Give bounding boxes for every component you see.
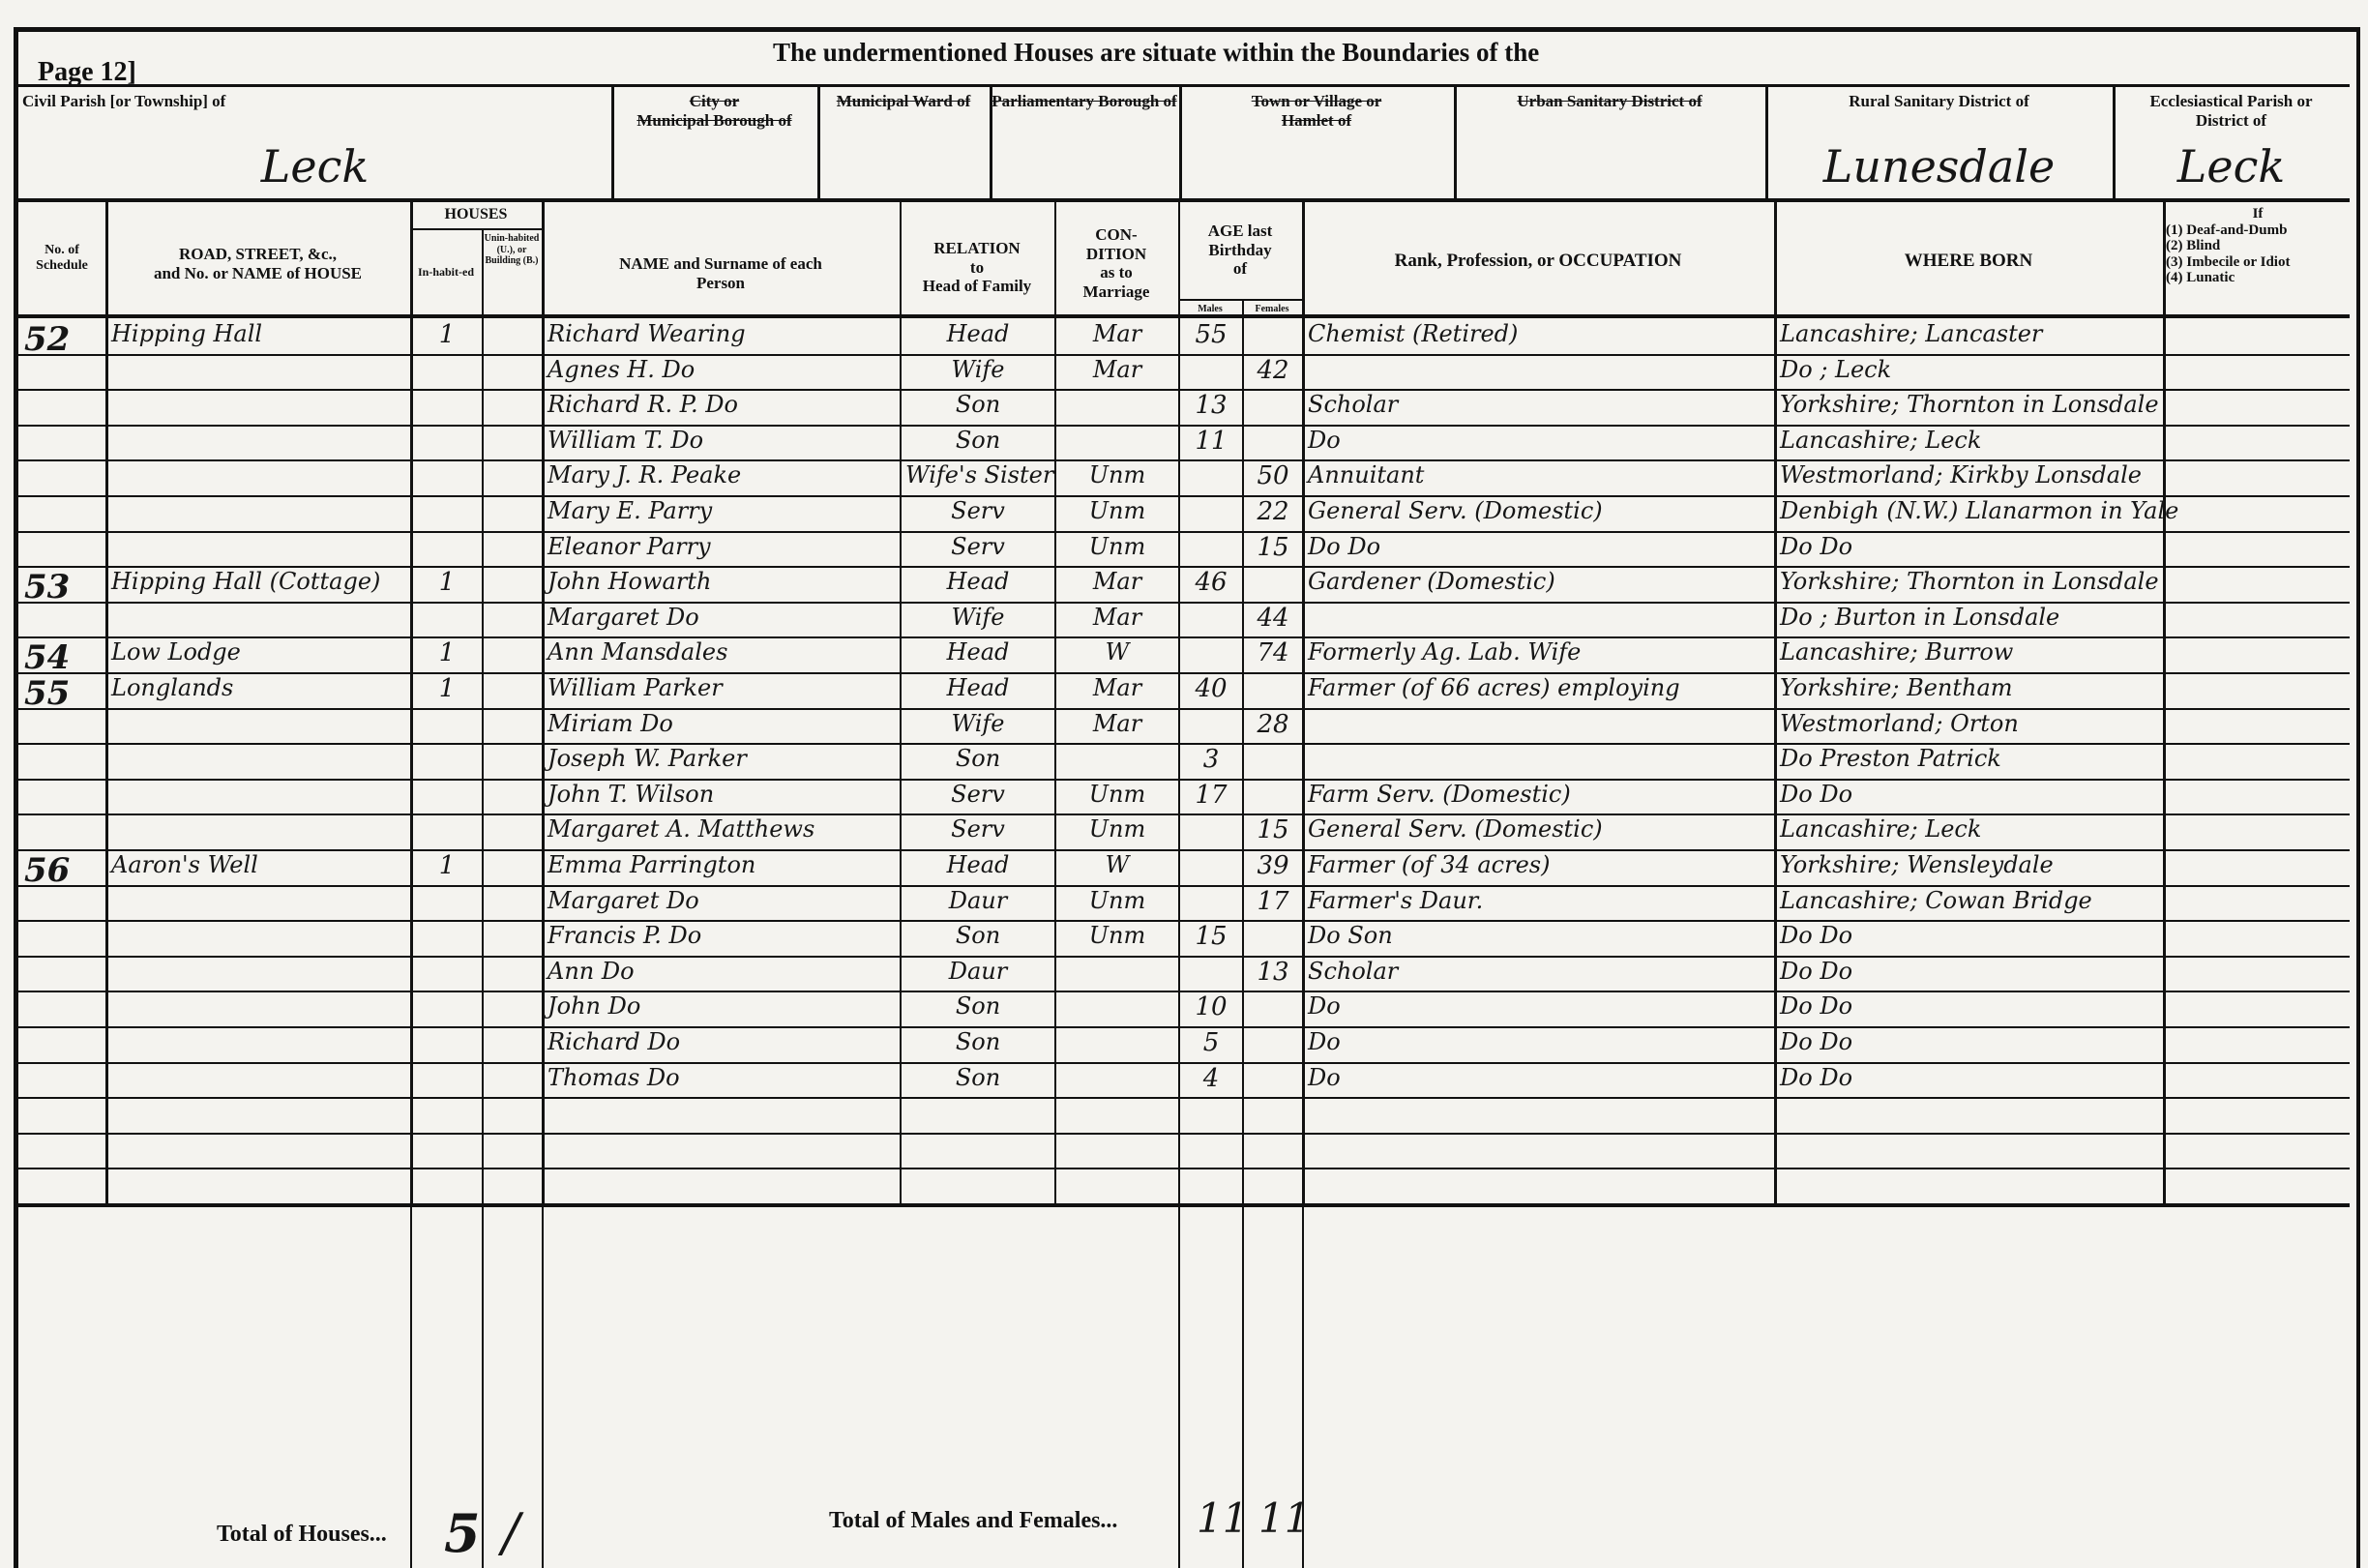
boundary-parliamentary-borough: Parliamentary Borough of bbox=[990, 86, 1179, 198]
header-infirmity-if: If bbox=[2166, 206, 2350, 222]
cell-born: Denbigh (N.W.) Llanarmon in Yale bbox=[1780, 497, 2159, 524]
cell-condition: Unm bbox=[1060, 497, 1174, 524]
boundary-label: Municipal Ward of bbox=[817, 92, 990, 111]
cell-address: Longlands bbox=[111, 674, 406, 701]
cell-relation: Son bbox=[905, 745, 1051, 772]
table-row: Miriam DoWifeMar28Westmorland; Orton bbox=[18, 708, 2350, 744]
cell-born: Do Do bbox=[1780, 958, 2159, 985]
boundary-label-text: Parliamentary Borough of bbox=[992, 92, 1176, 110]
cell-age-f: 44 bbox=[1248, 604, 1298, 633]
boundary-ecclesiastical-parish: Ecclesiastical Parish orDistrict ofLeck bbox=[2113, 86, 2350, 198]
cell-born: Lancashire; Leck bbox=[1780, 815, 2159, 843]
cell-name: Richard R. P. Do bbox=[548, 391, 896, 418]
cell-relation: Serv bbox=[905, 815, 1051, 843]
cell-name: Francis P. Do bbox=[548, 922, 896, 949]
column-divider bbox=[482, 1203, 484, 1568]
header-address: ROAD, STREET, &c.,and No. or NAME of HOU… bbox=[105, 245, 410, 282]
boundary-rural-sanitary-district: Rural Sanitary District ofLunesdale bbox=[1765, 86, 2113, 198]
cell-relation: Wife bbox=[905, 356, 1051, 383]
cell-born: Yorkshire; Bentham bbox=[1780, 674, 2159, 701]
cell-inhabited: 1 bbox=[416, 320, 478, 349]
cell-age-m: 40 bbox=[1184, 674, 1238, 703]
cell-occupation: General Serv. (Domestic) bbox=[1308, 497, 1770, 524]
table-row bbox=[18, 1168, 2350, 1203]
cell-born: Lancashire; Cowan Bridge bbox=[1780, 887, 2159, 914]
cell-occupation: Farmer (of 34 acres) bbox=[1308, 851, 1770, 878]
cell-relation: Serv bbox=[905, 497, 1051, 524]
cell-name: John Howarth bbox=[548, 568, 896, 595]
cell-condition: Mar bbox=[1060, 320, 1174, 347]
cell-condition: Mar bbox=[1060, 710, 1174, 737]
boundary-label: Urban Sanitary District of bbox=[1454, 92, 1765, 111]
cell-occupation: Gardener (Domestic) bbox=[1308, 568, 1770, 595]
cell-relation: Wife bbox=[905, 604, 1051, 631]
header-schedule-line2: Schedule bbox=[18, 258, 105, 274]
cell-occupation: Do bbox=[1308, 427, 1770, 454]
cell-born: Lancashire; Lancaster bbox=[1780, 320, 2159, 347]
boundary-label-line2: Municipal Borough of bbox=[611, 111, 817, 131]
cell-condition: Unm bbox=[1060, 533, 1174, 560]
cell-relation: Son bbox=[905, 1028, 1051, 1055]
cell-age-m: 3 bbox=[1184, 745, 1238, 774]
cell-relation: Son bbox=[905, 992, 1051, 1020]
cell-age-m: 15 bbox=[1184, 922, 1238, 951]
header-condition-line3: as to bbox=[1054, 263, 1178, 282]
cell-born: Lancashire; Burrow bbox=[1780, 638, 2159, 666]
header-name: NAME and Surname of eachPerson bbox=[542, 254, 900, 292]
total-males: 11 bbox=[1197, 1494, 1248, 1542]
cell-age-f: 15 bbox=[1248, 815, 1298, 844]
divider bbox=[18, 198, 2350, 202]
table-row: 56Aaron's Well1Emma ParringtonHeadW39Far… bbox=[18, 849, 2350, 885]
header-infirmity: If(1) Deaf-and-Dumb(2) Blind(3) Imbecile… bbox=[2166, 206, 2350, 286]
cell-relation: Head bbox=[905, 320, 1051, 347]
header-age-line1: AGE last bbox=[1178, 222, 1302, 241]
cell-occupation: General Serv. (Domestic) bbox=[1308, 815, 1770, 843]
cell-name: Joseph W. Parker bbox=[548, 745, 896, 772]
cell-relation: Daur bbox=[905, 887, 1051, 914]
boundary-label-line1: Ecclesiastical Parish or bbox=[2113, 92, 2350, 111]
cell-relation: Head bbox=[905, 638, 1051, 666]
cell-born: Do Do bbox=[1780, 992, 2159, 1020]
boundary-value: Lunesdale bbox=[1765, 140, 2113, 192]
cell-name: Mary E. Parry bbox=[548, 497, 896, 524]
cell-occupation: Do bbox=[1308, 992, 1770, 1020]
cell-condition: W bbox=[1060, 851, 1174, 878]
header-condition-line4: Marriage bbox=[1054, 282, 1178, 302]
cell-occupation: Do Son bbox=[1308, 922, 1770, 949]
boundary-label-line2: Hamlet of bbox=[1179, 111, 1454, 131]
cell-relation: Head bbox=[905, 674, 1051, 701]
table-row: Richard R. P. DoSon13ScholarYorkshire; T… bbox=[18, 389, 2350, 425]
table-row bbox=[18, 1097, 2350, 1133]
cell-relation: Head bbox=[905, 851, 1051, 878]
cell-name: Ann Mansdales bbox=[548, 638, 896, 666]
total-houses-label: Total of Houses... bbox=[217, 1522, 387, 1548]
cell-address: Hipping Hall (Cottage) bbox=[111, 568, 406, 595]
divider bbox=[410, 228, 542, 230]
table-row: Thomas DoSon4DoDo Do bbox=[18, 1062, 2350, 1098]
cell-occupation: Farmer (of 66 acres) employing bbox=[1308, 674, 1770, 701]
cell-inhabited: 1 bbox=[416, 638, 478, 667]
cell-relation: Daur bbox=[905, 958, 1051, 985]
boundary-label-line1: City or bbox=[611, 92, 817, 111]
boundary-urban-sanitary-district: Urban Sanitary District of bbox=[1454, 86, 1765, 198]
header-uninhabited: Unin-habited (U.), or Building (B.) bbox=[484, 233, 540, 267]
cell-age-f: 13 bbox=[1248, 958, 1298, 987]
cell-relation: Serv bbox=[905, 781, 1051, 808]
table-row: John T. WilsonServUnm17Farm Serv. (Domes… bbox=[18, 779, 2350, 814]
table-row: Mary J. R. PeakeWife's SisterUnm50Annuit… bbox=[18, 459, 2350, 495]
table-row bbox=[18, 1133, 2350, 1169]
cell-age-m: 55 bbox=[1184, 320, 1238, 349]
boundary-label: Ecclesiastical Parish orDistrict of bbox=[2113, 92, 2350, 130]
cell-relation: Wife bbox=[905, 710, 1051, 737]
cell-relation: Wife's Sister bbox=[905, 461, 1051, 488]
cell-relation: Son bbox=[905, 922, 1051, 949]
cell-condition: Mar bbox=[1060, 604, 1174, 631]
header-condition-line2: DITION bbox=[1054, 245, 1178, 264]
cell-name: Emma Parrington bbox=[548, 851, 896, 878]
table-row: 53Hipping Hall (Cottage)1John HowarthHea… bbox=[18, 566, 2350, 602]
boundary-label-text: Rural Sanitary District of bbox=[1849, 92, 2029, 110]
cell-name: Margaret A. Matthews bbox=[548, 815, 896, 843]
boundary-label: Rural Sanitary District of bbox=[1765, 92, 2113, 111]
cell-age-m: 5 bbox=[1184, 1028, 1238, 1057]
cell-address: Hipping Hall bbox=[111, 320, 406, 347]
cell-condition: Unm bbox=[1060, 461, 1174, 488]
boundary-municipal-borough: City orMunicipal Borough of bbox=[611, 86, 817, 198]
cell-age-m: 46 bbox=[1184, 568, 1238, 597]
cell-condition: Mar bbox=[1060, 674, 1174, 701]
header-condition: CON-DITIONas toMarriage bbox=[1054, 225, 1178, 301]
total-houses-inhabited: 5 bbox=[444, 1502, 481, 1564]
header-address-line1: ROAD, STREET, &c., bbox=[105, 245, 410, 264]
header-age-males: Males bbox=[1178, 304, 1242, 315]
cell-born: Yorkshire; Thornton in Lonsdale bbox=[1780, 568, 2159, 595]
header-name-line1: NAME and Surname of each bbox=[542, 254, 900, 274]
column-divider bbox=[542, 1203, 544, 1568]
table-row: Joseph W. ParkerSon3Do Preston Patrick bbox=[18, 743, 2350, 779]
cell-age-m: 10 bbox=[1184, 992, 1238, 1021]
boundary-label-line1: Town or Village or bbox=[1179, 92, 1454, 111]
cell-address: Aaron's Well bbox=[111, 851, 406, 878]
boundary-label: Town or Village orHamlet of bbox=[1179, 92, 1454, 130]
boundary-label-text: Civil Parish [or Township] of bbox=[22, 92, 225, 110]
header-infirmity-line3: (3) Imbecile or Idiot bbox=[2166, 254, 2350, 271]
cell-age-m: 17 bbox=[1184, 781, 1238, 810]
column-divider bbox=[410, 1203, 412, 1568]
table-row: Agnes H. DoWifeMar42Do ; Leck bbox=[18, 354, 2350, 390]
column-divider bbox=[1178, 1203, 1180, 1568]
cell-born: Do Do bbox=[1780, 533, 2159, 560]
header-age-line2: Birthday bbox=[1178, 241, 1302, 260]
cell-age-f: 28 bbox=[1248, 710, 1298, 739]
cell-name: William Parker bbox=[548, 674, 896, 701]
boundary-label: Parliamentary Borough of bbox=[990, 92, 1179, 111]
cell-relation: Serv bbox=[905, 533, 1051, 560]
cell-name: Richard Do bbox=[548, 1028, 896, 1055]
cell-occupation: Do bbox=[1308, 1064, 1770, 1091]
cell-born: Westmorland; Kirkby Lonsdale bbox=[1780, 461, 2159, 488]
cell-occupation: Do Do bbox=[1308, 533, 1770, 560]
boundary-label-text: Urban Sanitary District of bbox=[1517, 92, 1702, 110]
cell-occupation: Farm Serv. (Domestic) bbox=[1308, 781, 1770, 808]
header-where-born: WHERE BORN bbox=[1774, 251, 2163, 272]
table-row: Margaret A. MatthewsServUnm15General Ser… bbox=[18, 814, 2350, 849]
header-schedule: No. ofSchedule bbox=[18, 243, 105, 274]
cell-born: Yorkshire; Thornton in Lonsdale bbox=[1780, 391, 2159, 418]
cell-condition: Unm bbox=[1060, 781, 1174, 808]
cell-relation: Son bbox=[905, 391, 1051, 418]
header-relation-line3: Head of Family bbox=[900, 277, 1054, 296]
cell-relation: Head bbox=[905, 568, 1051, 595]
cell-age-m: 11 bbox=[1184, 427, 1238, 456]
boundary-label-text: Municipal Ward of bbox=[837, 92, 971, 110]
cell-inhabited: 1 bbox=[416, 674, 478, 703]
header-inhabited: In-habit-ed bbox=[412, 266, 480, 280]
cell-born: Do Preston Patrick bbox=[1780, 745, 2159, 772]
header-age: AGE lastBirthdayof bbox=[1178, 222, 1302, 279]
cell-name: Agnes H. Do bbox=[548, 356, 896, 383]
header-age-females: Females bbox=[1242, 304, 1302, 315]
cell-occupation: Do bbox=[1308, 1028, 1770, 1055]
header-occupation: Rank, Profession, or OCCUPATION bbox=[1302, 251, 1774, 272]
cell-name: John T. Wilson bbox=[548, 781, 896, 808]
cell-age-f: 39 bbox=[1248, 851, 1298, 880]
cell-occupation: Annuitant bbox=[1308, 461, 1770, 488]
divider bbox=[1178, 299, 1302, 301]
cell-name: William T. Do bbox=[548, 427, 896, 454]
cell-name: Miriam Do bbox=[548, 710, 896, 737]
cell-condition: W bbox=[1060, 638, 1174, 666]
table-row: 55Longlands1William ParkerHeadMar40Farme… bbox=[18, 672, 2350, 708]
header-infirmity-line1: (1) Deaf-and-Dumb bbox=[2166, 222, 2350, 239]
cell-born: Do Do bbox=[1780, 922, 2159, 949]
table-row: Eleanor ParryServUnm15Do DoDo Do bbox=[18, 531, 2350, 567]
boundary-value: Leck bbox=[18, 140, 611, 192]
cell-age-f: 15 bbox=[1248, 533, 1298, 562]
cell-born: Do ; Leck bbox=[1780, 356, 2159, 383]
boundary-label: City orMunicipal Borough of bbox=[611, 92, 817, 130]
cell-condition: Unm bbox=[1060, 815, 1174, 843]
header-relation-line2: to bbox=[900, 258, 1054, 278]
cell-age-f: 17 bbox=[1248, 887, 1298, 916]
cell-name: John Do bbox=[548, 992, 896, 1020]
boundary-label: Civil Parish [or Township] of bbox=[18, 92, 611, 111]
cell-name: Ann Do bbox=[548, 958, 896, 985]
header-relation-line1: RELATION bbox=[900, 239, 1054, 258]
boundary-value: Leck bbox=[2113, 140, 2350, 192]
table-row: Ann DoDaur13ScholarDo Do bbox=[18, 956, 2350, 991]
cell-born: Yorkshire; Wensleydale bbox=[1780, 851, 2159, 878]
total-houses-uninhabited: / bbox=[502, 1502, 519, 1563]
header-age-line3: of bbox=[1178, 259, 1302, 279]
table-row: John DoSon10DoDo Do bbox=[18, 991, 2350, 1026]
cell-name: Mary J. R. Peake bbox=[548, 461, 896, 488]
header-infirmity-line2: (2) Blind bbox=[2166, 238, 2350, 254]
cell-relation: Son bbox=[905, 427, 1051, 454]
table-row: Francis P. DoSonUnm15Do SonDo Do bbox=[18, 920, 2350, 956]
boundary-town-or-village: Town or Village orHamlet of bbox=[1179, 86, 1454, 198]
cell-condition: Unm bbox=[1060, 922, 1174, 949]
cell-born: Lancashire; Leck bbox=[1780, 427, 2159, 454]
table-row: William T. DoSon11DoLancashire; Leck bbox=[18, 425, 2350, 460]
cell-address: Low Lodge bbox=[111, 638, 406, 666]
header-condition-line1: CON- bbox=[1054, 225, 1178, 245]
header-schedule-line1: No. of bbox=[18, 243, 105, 258]
total-females: 11 bbox=[1258, 1494, 1310, 1542]
cell-name: Eleanor Parry bbox=[548, 533, 896, 560]
cell-name: Richard Wearing bbox=[548, 320, 896, 347]
cell-born: Westmorland; Orton bbox=[1780, 710, 2159, 737]
cell-condition: Mar bbox=[1060, 568, 1174, 595]
boundary-municipal-ward: Municipal Ward of bbox=[817, 86, 990, 198]
cell-age-f: 22 bbox=[1248, 497, 1298, 526]
cell-age-f: 50 bbox=[1248, 461, 1298, 490]
table-row: 54Low Lodge1Ann MansdalesHeadW74Formerly… bbox=[18, 636, 2350, 672]
cell-relation: Son bbox=[905, 1064, 1051, 1091]
cell-age-f: 42 bbox=[1248, 356, 1298, 385]
boundary-civil-parish: Civil Parish [or Township] ofLeck bbox=[18, 86, 611, 198]
cell-name: Margaret Do bbox=[548, 604, 896, 631]
divider bbox=[18, 1203, 2350, 1207]
page-title: The undermentioned Houses are situate wi… bbox=[773, 38, 1539, 68]
table-row: Mary E. ParryServUnm22General Serv. (Dom… bbox=[18, 495, 2350, 531]
cell-name: Thomas Do bbox=[548, 1064, 896, 1091]
table-row: Margaret DoWifeMar44Do ; Burton in Lonsd… bbox=[18, 602, 2350, 637]
header-address-line2: and No. or NAME of HOUSE bbox=[105, 264, 410, 283]
cell-age-m: 4 bbox=[1184, 1064, 1238, 1093]
cell-age-m: 13 bbox=[1184, 391, 1238, 420]
boundary-label-line2: District of bbox=[2113, 111, 2350, 131]
cell-inhabited: 1 bbox=[416, 568, 478, 597]
cell-condition: Unm bbox=[1060, 887, 1174, 914]
table-row: 52Hipping Hall1Richard WearingHeadMar55C… bbox=[18, 318, 2350, 354]
cell-occupation: Scholar bbox=[1308, 391, 1770, 418]
cell-born: Do Do bbox=[1780, 1028, 2159, 1055]
cell-occupation: Chemist (Retired) bbox=[1308, 320, 1770, 347]
header-infirmity-line4: (4) Lunatic bbox=[2166, 270, 2350, 286]
census-sheet: Page 12] The undermentioned Houses are s… bbox=[14, 27, 2360, 1568]
cell-born: Do Do bbox=[1780, 781, 2159, 808]
cell-born: Do Do bbox=[1780, 1064, 2159, 1091]
header-name-line2: Person bbox=[542, 274, 900, 293]
header-relation: RELATIONtoHead of Family bbox=[900, 239, 1054, 296]
cell-occupation: Formerly Ag. Lab. Wife bbox=[1308, 638, 1770, 666]
cell-inhabited: 1 bbox=[416, 851, 478, 880]
table-row: Margaret DoDaurUnm17Farmer's Daur.Lancas… bbox=[18, 885, 2350, 921]
cell-age-f: 74 bbox=[1248, 638, 1298, 667]
header-houses: HOUSES bbox=[410, 206, 542, 223]
cell-condition: Mar bbox=[1060, 356, 1174, 383]
table-row: Richard DoSon5DoDo Do bbox=[18, 1026, 2350, 1062]
cell-occupation: Farmer's Daur. bbox=[1308, 887, 1770, 914]
cell-born: Do ; Burton in Lonsdale bbox=[1780, 604, 2159, 631]
total-persons-label: Total of Males and Females... bbox=[829, 1508, 1117, 1534]
cell-name: Margaret Do bbox=[548, 887, 896, 914]
cell-occupation: Scholar bbox=[1308, 958, 1770, 985]
